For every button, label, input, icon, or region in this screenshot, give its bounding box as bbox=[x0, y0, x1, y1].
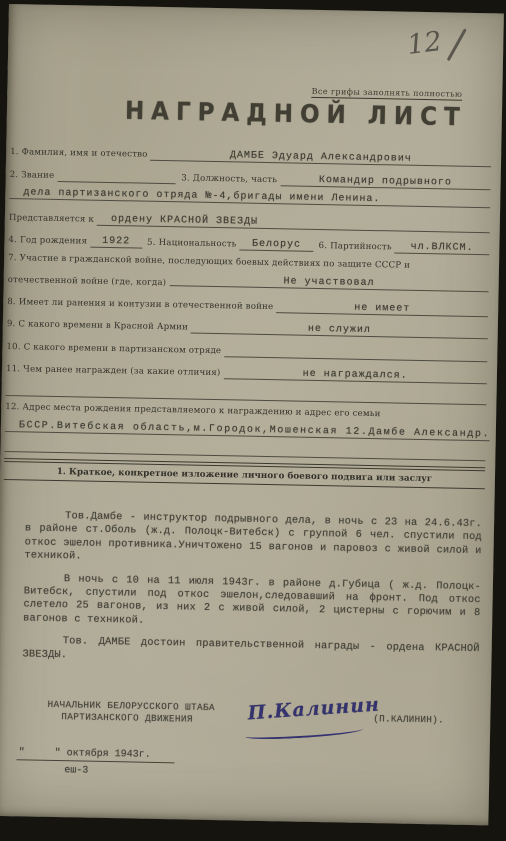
signature-block: НАЧАЛЬНИК БЕЛОРУССКОГО ШТАБА ПАРТИЗАНСКО… bbox=[0, 698, 491, 784]
field-rank-label: 2. Звание bbox=[10, 170, 58, 182]
award-sheet-page: 12 Все грифы заполнять полностью НАГРАДН… bbox=[0, 4, 504, 825]
corner-page-number: 12 bbox=[405, 26, 443, 61]
field-nationality-value: Белорус bbox=[239, 238, 313, 251]
field-presented-label: Представляется к bbox=[9, 213, 97, 226]
citation-paragraph-3: Тов. ДАМБЕ достоин правительственной наг… bbox=[22, 635, 479, 671]
field-birth-year-label: 4. Год рождения bbox=[8, 235, 90, 248]
field-nationality-label: 5. Национальность bbox=[142, 238, 240, 251]
citation-text: Тов.Дамбе - инструктор подрывного дела, … bbox=[22, 509, 482, 679]
citation-paragraph-1: Тов.Дамбе - инструктор подрывного дела, … bbox=[24, 509, 482, 571]
citation-paragraph-2: В ночь с 10 на 11 июля 1943г. в районе д… bbox=[23, 572, 481, 634]
date-line: " " октября 1943г. bbox=[16, 747, 174, 763]
scanned-document: 12 Все грифы заполнять полностью НАГРАДН… bbox=[0, 0, 506, 841]
form-fields: 1. Фамилия, имя и отечество ДАМБЕ Эдуард… bbox=[4, 140, 491, 489]
form-instruction-note: Все грифы заполнять полностью bbox=[312, 87, 463, 101]
typed-signatory-name: (П.КАЛИНИН). bbox=[373, 713, 444, 725]
field-party-value: чл.ВЛКСМ. bbox=[395, 241, 490, 255]
document-title: НАГРАДНОЙ ЛИСТ bbox=[125, 97, 467, 132]
field-birth-year-value: 1922 bbox=[90, 236, 142, 249]
section-1-heading: 1. Краткое, конкретное изложение личного… bbox=[4, 458, 485, 489]
corner-slash-stroke bbox=[446, 28, 466, 61]
field-position-label: 3. Должность, часть bbox=[175, 173, 280, 186]
field-party-label: 6. Партийность bbox=[313, 241, 394, 254]
